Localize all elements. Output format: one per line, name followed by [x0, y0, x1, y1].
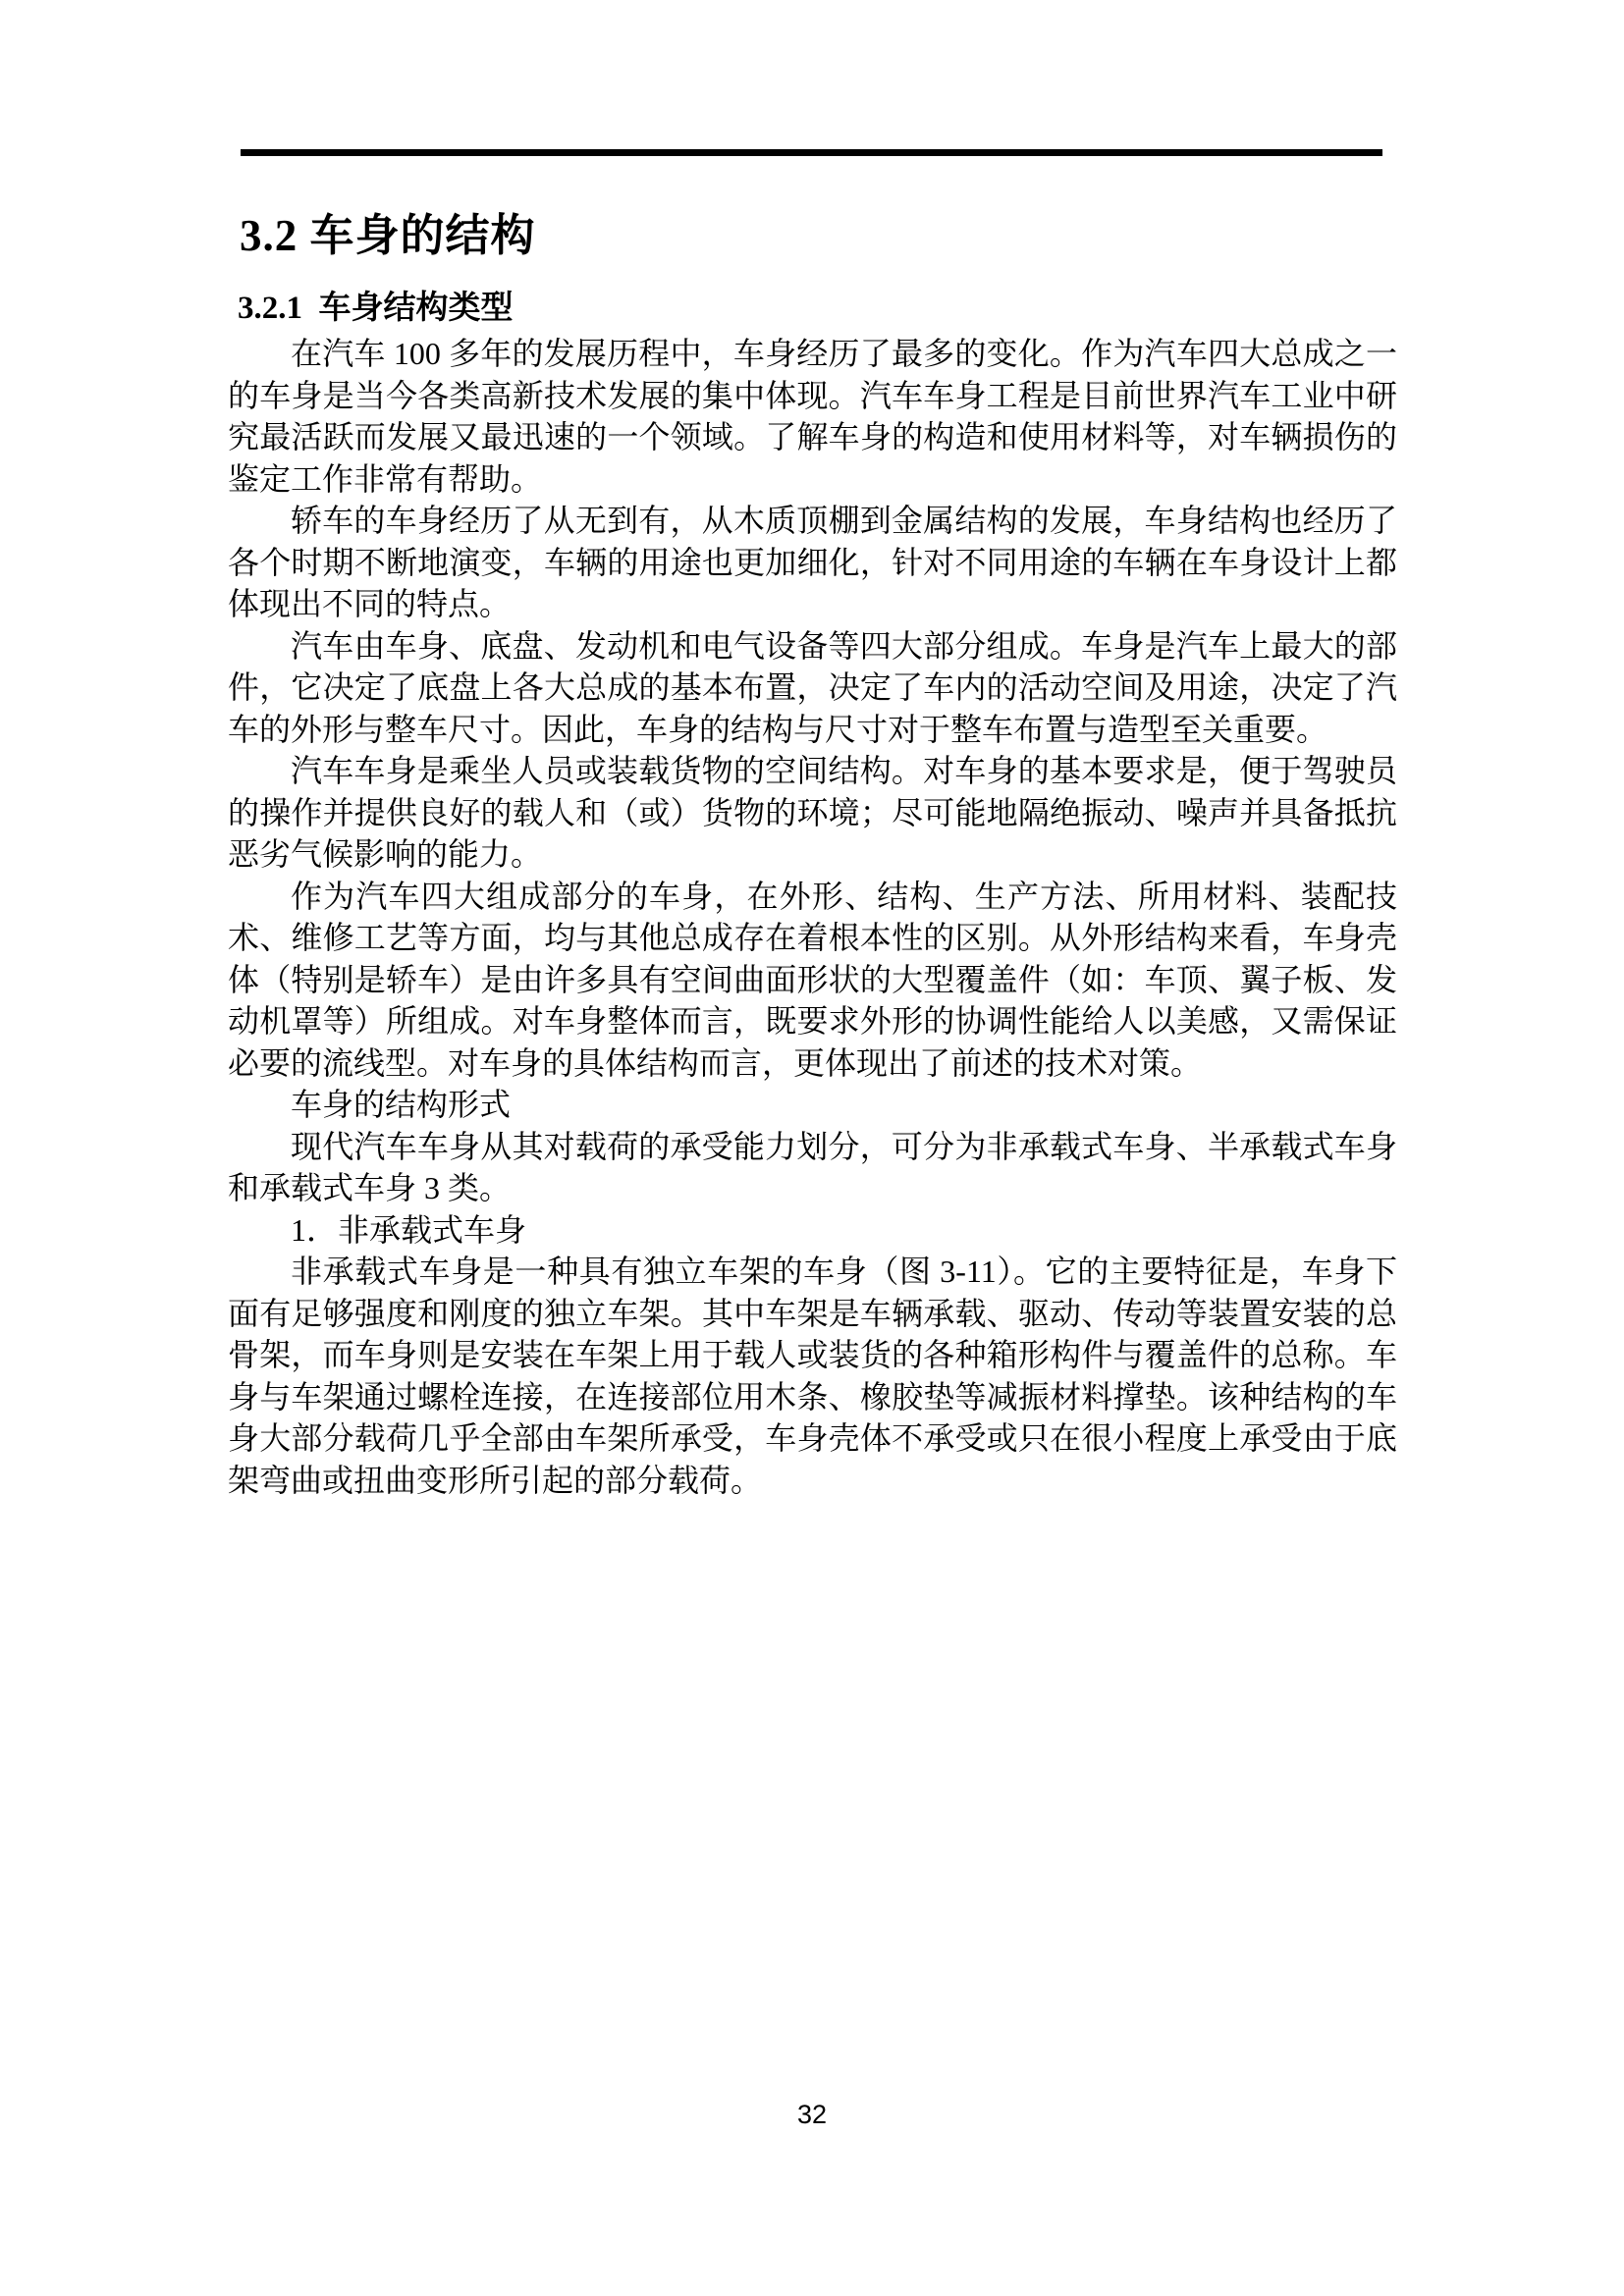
body-text: 在汽车 100 多年的发展历程中，车身经历了最多的变化。作为汽车四大总成之一的车… — [228, 333, 1397, 1501]
paragraph-classification: 现代汽车车身从其对载荷的承受能力划分，可分为非承载式车身、半承载式车身和承载式车… — [228, 1126, 1397, 1209]
list-item-non-load-bearing-title: 1．非承载式车身 — [228, 1209, 1397, 1252]
header-rule — [241, 149, 1382, 156]
subsection-heading: 3.2.1 车身结构类型 — [238, 290, 514, 329]
paragraph-non-load-bearing: 非承载式车身是一种具有独立车架的车身（图 3-11）。它的主要特征是，车身下面有… — [228, 1251, 1397, 1501]
paragraph-structure-forms-title: 车身的结构形式 — [228, 1084, 1397, 1126]
document-page: 3.2 车身的结构 3.2.1 车身结构类型 在汽车 100 多年的发展历程中，… — [0, 0, 1624, 2296]
page-number: 32 — [0, 2099, 1624, 2130]
paragraph-sedan-history: 轿车的车身经历了从无到有，从木质顶棚到金属结构的发展，车身结构也经历了各个时期不… — [228, 500, 1397, 625]
paragraph-intro: 在汽车 100 多年的发展历程中，车身经历了最多的变化。作为汽车四大总成之一的车… — [228, 333, 1397, 500]
paragraph-differences: 作为汽车四大组成部分的车身，在外形、结构、生产方法、所用材料、装配技术、维修工艺… — [228, 876, 1397, 1085]
section-heading: 3.2 车身的结构 — [240, 209, 536, 262]
paragraph-requirements: 汽车车身是乘坐人员或装载货物的空间结构。对车身的基本要求是，便于驾驶员的操作并提… — [228, 750, 1397, 876]
paragraph-four-parts: 汽车由车身、底盘、发动机和电气设备等四大部分组成。车身是汽车上最大的部件，它决定… — [228, 625, 1397, 751]
